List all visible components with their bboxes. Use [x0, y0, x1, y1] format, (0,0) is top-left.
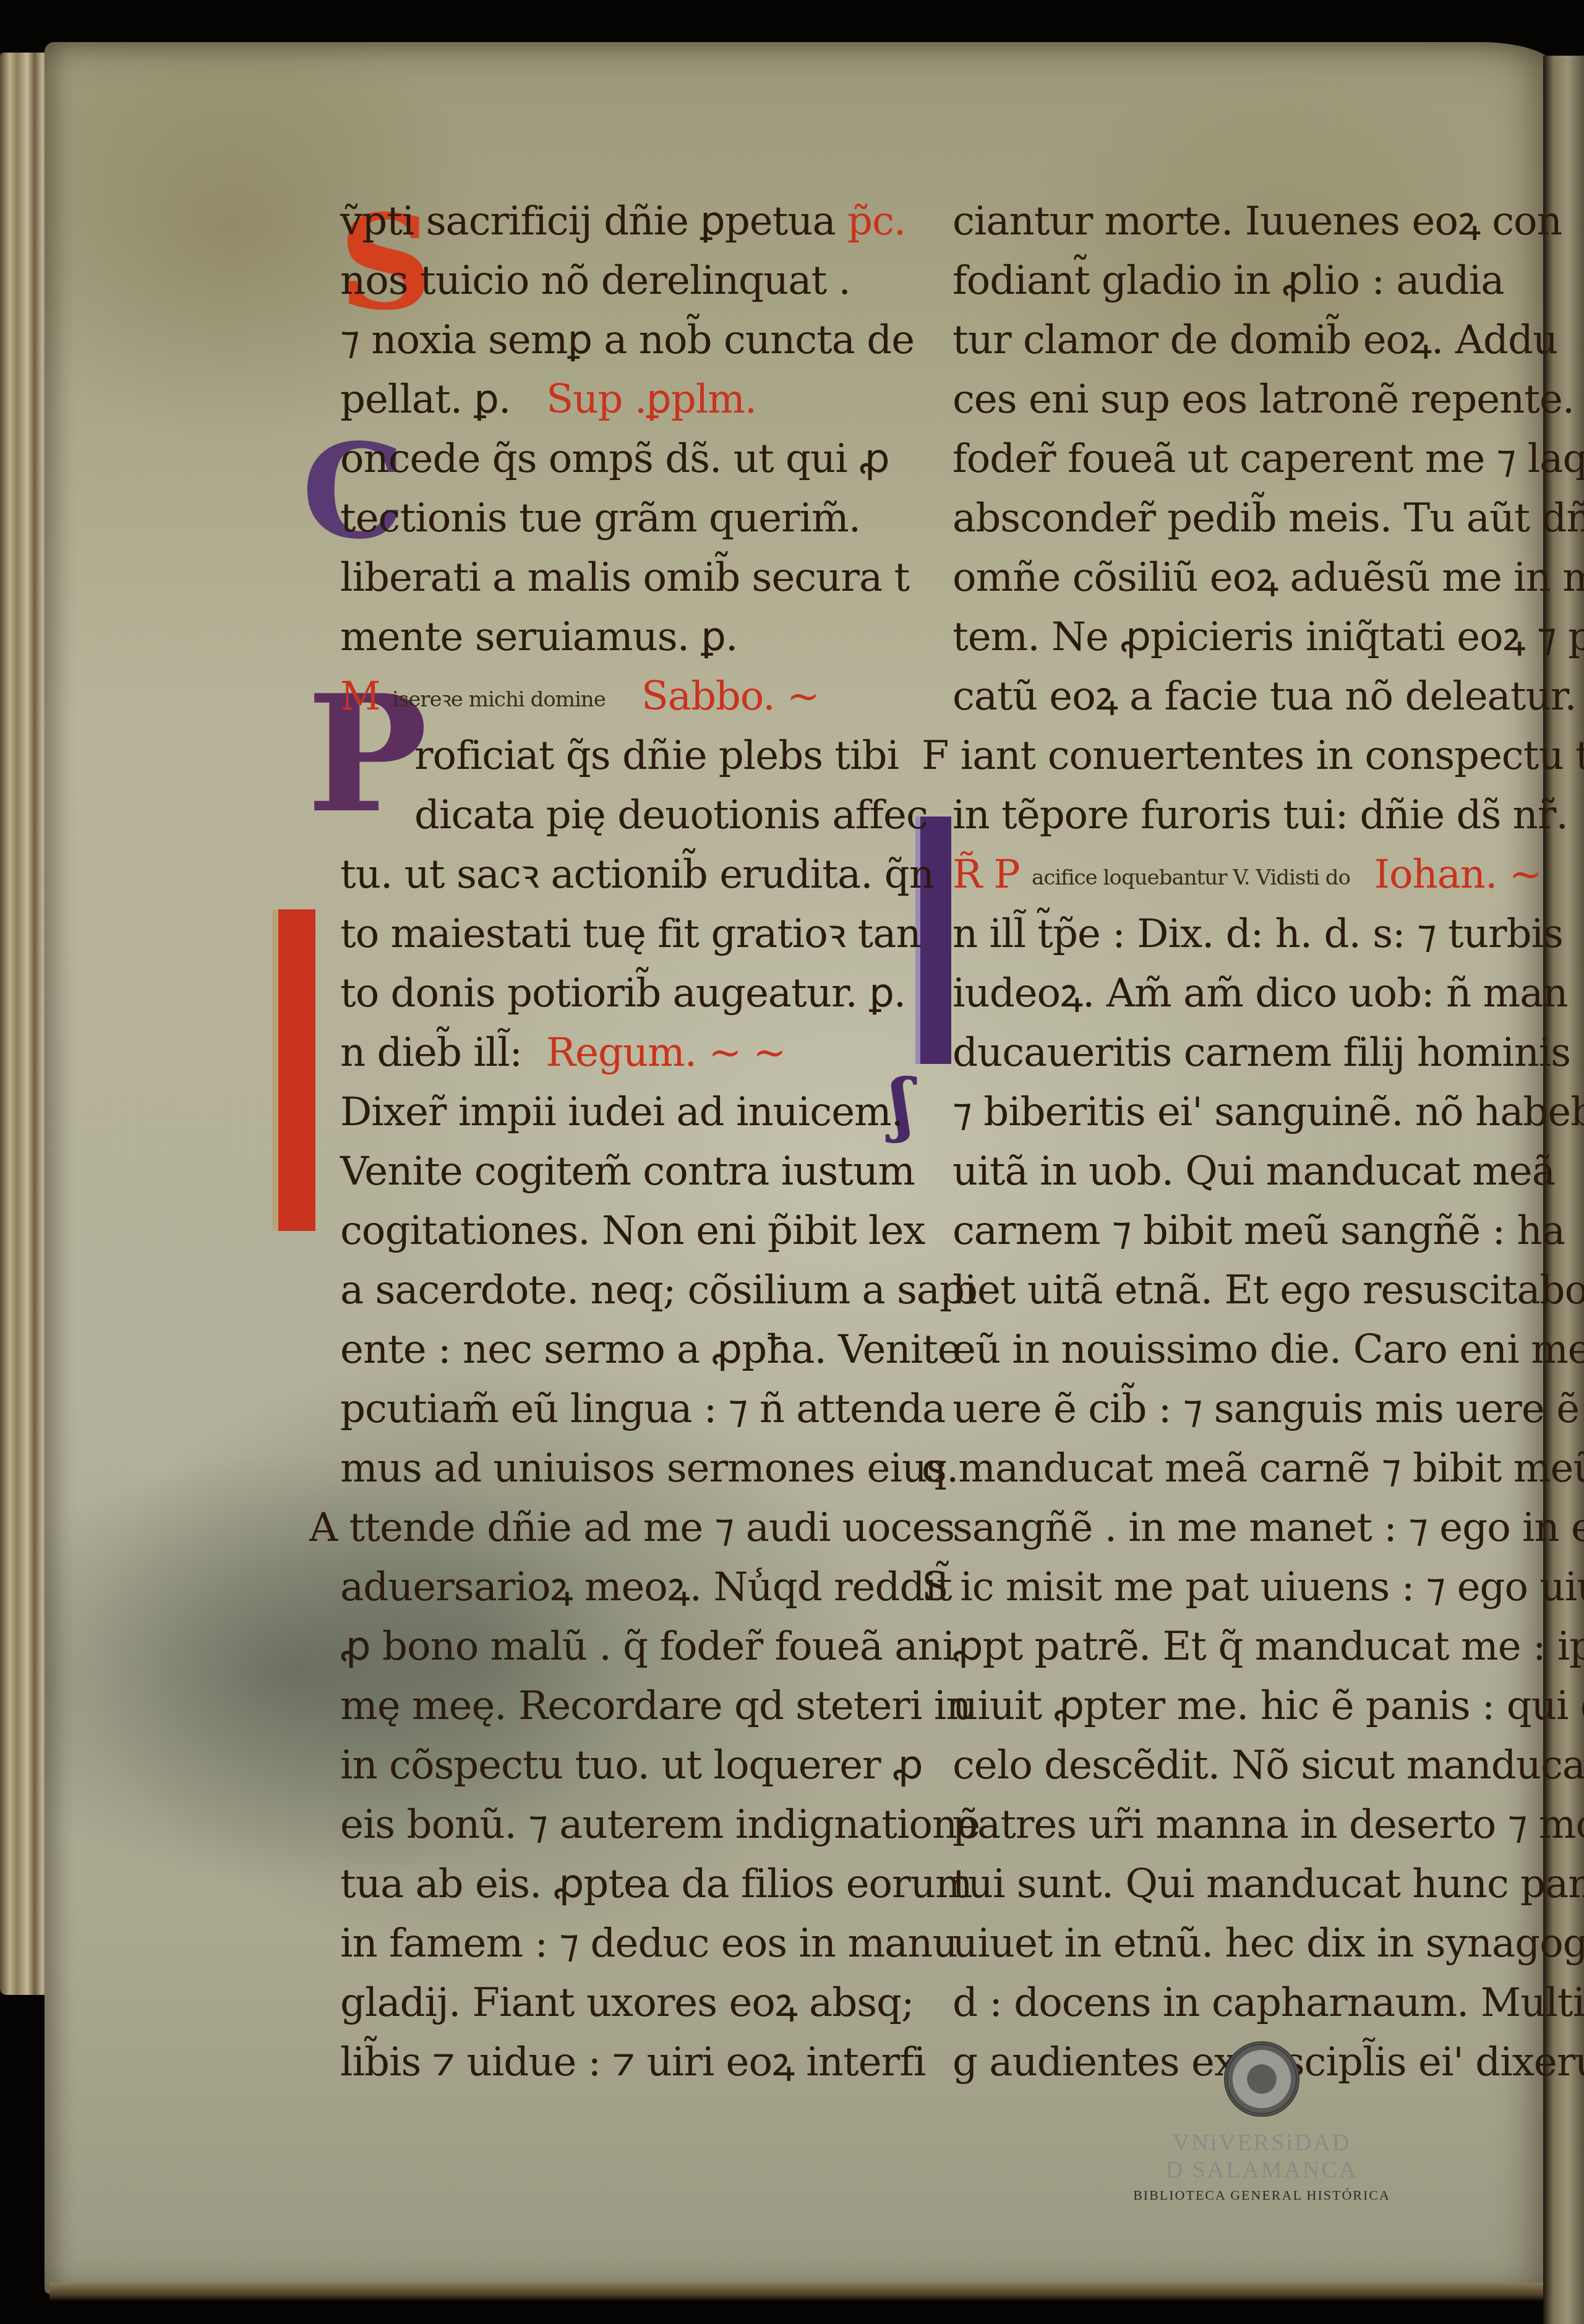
text-line: dicata pię deuotionis affec: [340, 786, 897, 845]
line-text: tur clamor de domib̃ eoꝝ. Addu: [953, 317, 1557, 363]
text-line: bet uitã etnã. Et ego resuscitabo: [953, 1261, 1509, 1320]
right-column: ciantur morte. Iuuenes eoꝝ con fodiant̃ …: [953, 192, 1509, 2092]
text-line: iudeoꝝ. Am̃ am̃ dico uob: ñ man: [953, 964, 1509, 1023]
line-text: ente : nec sermo a ꝓpħa. Venite: [340, 1327, 961, 1373]
line-text: uiuit ꝓpter me. hic ẽ panis : qui de: [953, 1683, 1584, 1729]
line-text: aduersarioꝝ meoꝝ. Nu̾qd reddit̃: [340, 1564, 952, 1610]
text-line: mus ad uniuisos sermones eius.: [340, 1439, 897, 1498]
text-line: aduersarioꝝ meoꝝ. Nu̾qd reddit̃: [340, 1558, 897, 1617]
library-watermark: VNiVERSiDAD D SALAMANCA BIBLIOTECA GENER…: [1107, 2041, 1416, 2203]
text-line: lib̃is ⁊ uidue : ⁊ uiri eoꝝ interfi: [340, 2033, 897, 2092]
text-line: tem. Ne ꝓpicieris iniq̃tati eoꝝ ⁊ pec: [953, 607, 1509, 667]
text-line: n ill̃ t̃p̃e : Dix. d: h. d. s: ⁊ turbis: [953, 904, 1509, 964]
line-text: sangñẽ . in me manet : ⁊ ego in eo.: [953, 1505, 1584, 1551]
line-text: oncede q̃s omps̃ ds̃. ut qui ꝓ: [340, 436, 889, 482]
text-line: omñe cõsiliũ eoꝝ aduẽsũ me in mor: [953, 548, 1509, 607]
line-text: eis bonũ. ⁊ auterem indignationẽ: [340, 1802, 980, 1848]
text-line: tu. ut sacꝛ actionib̃ erudita. q̃n: [340, 845, 897, 904]
line-text: a sacerdote. neq; cõsilium a sapi: [340, 1267, 976, 1313]
text-line: S ic misit me pat uiuens : ⁊ ego uiuo: [922, 1558, 1509, 1617]
line-text: ducaueritis carnem filij hominis :: [953, 1030, 1584, 1076]
line-text: gladij. Fiant uxores eoꝝ absq;: [340, 1980, 914, 2026]
line-text: uere ẽ cib̃ : ⁊ sanguis mis uere ẽ pot.: [953, 1386, 1584, 1432]
text-line: mente seruiamus. ꝑ.: [340, 607, 897, 667]
line-text: F iant conuertentes in conspectu tuo: [922, 733, 1584, 779]
watermark-salamanca: D SALAMANCA: [1107, 2156, 1416, 2184]
text-line: n dieb̃ ill̃: Regum. ~ ~: [340, 1023, 897, 1083]
text-line: A ttende dñie ad me ⁊ audi uoces: [309, 1498, 897, 1558]
text-line: Venite cogitem̃ contra iustum: [340, 1142, 897, 1201]
university-seal-icon: [1224, 2041, 1299, 2117]
line-text: foder̃ foueã ut caperent me ⁊ laqos: [953, 436, 1584, 482]
line-text: ꝓ bono malũ . q̃ foder̃ foueã ani: [340, 1624, 954, 1670]
line-text: tem. Ne ꝓpicieris iniq̃tati eoꝝ ⁊ pec: [953, 614, 1584, 660]
initial-i-red: [272, 909, 315, 1231]
text-line: ⁊ biberitis ei' sanguinẽ. nõ habebitis: [953, 1083, 1509, 1142]
line-text: eũ in nouissimo die. Caro eni mea: [953, 1327, 1584, 1373]
line-text: in famem : ⁊ deduc eos in manu: [340, 1921, 957, 1966]
text-line: ces eni sup eos latronẽ repente. q̃: [953, 370, 1509, 429]
text-line: fodiant̃ gladio in ꝓlio : audia: [953, 251, 1509, 311]
text-line: ꝓpt patrẽ. Et q̃ manducat me : ipse: [953, 1617, 1509, 1676]
line-text: celo descẽdit. Nõ sicut manducauer: [953, 1743, 1584, 1788]
text-line: uiuet in etnũ. hec dix in synagoga: [953, 1914, 1509, 1973]
line-text: omñe cõsiliũ eoꝝ aduẽsũ me in mor: [953, 555, 1584, 601]
line-text: bet uitã etnã. Et ego resuscitabo: [953, 1267, 1584, 1313]
line-text: tu. ut sacꝛ actionib̃ erudita. q̃n: [340, 852, 934, 898]
line-text: roficiat q̃s dñie plebs tibi: [414, 733, 899, 779]
text-line: patres ur̃i manna in deserto ⁊ mor: [953, 1795, 1509, 1854]
text-line: cogitationes. Non eni p̃ibit lex: [340, 1201, 897, 1261]
text-line: liberati a malis omib̃ secura t: [340, 548, 897, 607]
text-line: celo descẽdit. Nõ sicut manducauer: [953, 1736, 1509, 1795]
text-line: absconder̃ pedib̃ meis. Tu aũt dñie scis: [953, 489, 1509, 548]
text-line: eũ in nouissimo die. Caro eni mea: [953, 1320, 1509, 1379]
text-line: ṽpti sacrificij dñie ꝑpetua p̃c.: [340, 192, 897, 251]
text-line: F iant conuertentes in conspectu tuo: [922, 726, 1509, 786]
text-line: uitã in uob. Qui manducat meã: [953, 1142, 1509, 1201]
rubric-text: Iohan. ~: [1374, 852, 1542, 898]
line-text: to maiestati tuę fit gratioꝛ tan: [340, 911, 921, 957]
line-text: uitã in uob. Qui manducat meã: [953, 1149, 1555, 1194]
line-text: ciantur morte. Iuuenes eoꝝ con: [953, 199, 1562, 244]
line-text: pcutiam̃ eũ lingua : ⁊ ñ attenda: [340, 1386, 945, 1432]
text-line: pcutiam̃ eũ lingua : ⁊ ñ attenda: [340, 1379, 897, 1439]
text-line: tectionis tue grãm querim̃.: [340, 489, 897, 548]
text-line: uere ẽ cib̃ : ⁊ sanguis mis uere ẽ pot.: [953, 1379, 1509, 1439]
line-text: uiuet in etnũ. hec dix in synagoga: [953, 1921, 1584, 1966]
text-line: sangñẽ . in me manet : ⁊ ego in eo.: [953, 1498, 1509, 1558]
text-line: tua ab eis. ꝓptea da filios eorum: [340, 1854, 897, 1914]
rubric-initial: M: [340, 674, 380, 719]
watermark-library-name: BIBLIOTECA GENERAL HISTÓRICA: [1107, 2187, 1416, 2203]
line-text: pellat. ꝑ.: [340, 377, 510, 422]
line-text: to donis potiorib̃ augeatur. ꝑ.: [340, 971, 905, 1016]
line-text: mę meę. Recordare qd steteri in: [340, 1683, 970, 1729]
text-line-chant: R̃ P acifice loquebantur V. Vidisti do I…: [953, 845, 1509, 904]
line-text: liberati a malis omib̃ secura t: [340, 555, 909, 601]
text-line: ciantur morte. Iuuenes eoꝝ con: [953, 192, 1509, 251]
line-text: ces eni sup eos latronẽ repente. q̃: [953, 377, 1584, 422]
text-line: tui sunt. Qui manducat hunc panem: [953, 1854, 1509, 1914]
line-text: dicata pię deuotionis affec: [414, 792, 928, 838]
line-text: lib̃is ⁊ uidue : ⁊ uiri eoꝝ interfi: [340, 2039, 925, 2085]
text-line: mę meę. Recordare qd steteri in: [340, 1676, 897, 1736]
text-line: roficiat q̃s dñie plebs tibi: [340, 726, 897, 786]
line-text: nos tuicio nõ derelinquat .: [340, 258, 850, 304]
line-text: patres ur̃i manna in deserto ⁊ mor: [953, 1802, 1584, 1848]
line-text: carnem ⁊ bibit meũ sangñẽ : ha: [953, 1208, 1565, 1254]
line-text: cogitationes. Non eni p̃ibit lex: [340, 1208, 925, 1254]
line-text: A ttende dñie ad me ⁊ audi uoces: [309, 1505, 954, 1551]
line-text: ⁊ noxia semꝑ a nob̃ cuncta de: [340, 317, 914, 363]
text-line-chant: M isereꝛe michi domine Sabbo. ~: [340, 667, 897, 726]
text-line: d : docens in capharnaum. Multi: [953, 1973, 1509, 2033]
line-text: mus ad uniuisos sermones eius.: [340, 1446, 958, 1491]
line-text: tectionis tue grãm querim̃.: [340, 495, 860, 541]
page-stack-edges: [0, 53, 49, 1995]
line-text: ṽpti sacrificij dñie ꝑpetua: [340, 199, 836, 244]
watermark-university: VNiVERSiDAD: [1107, 2129, 1416, 2156]
text-line: pellat. ꝑ. Sup .ꝑplm.: [340, 370, 897, 429]
text-line: q manducat meã carnẽ ⁊ bibit meũ: [922, 1439, 1509, 1498]
line-text: ⁊ biberitis ei' sanguinẽ. nõ habebitis: [953, 1089, 1584, 1135]
text-line: uiuit ꝓpter me. hic ẽ panis : qui de: [953, 1676, 1509, 1736]
text-line: a sacerdote. neq; cõsilium a sapi: [340, 1261, 897, 1320]
line-text: tui sunt. Qui manducat hunc panem: [953, 1861, 1584, 1907]
line-text: in cõspectu tuo. ut loquerer ꝓ: [340, 1743, 923, 1788]
text-line: carnem ⁊ bibit meũ sangñẽ : ha: [953, 1201, 1509, 1261]
text-line: nos tuicio nõ derelinquat .: [340, 251, 897, 311]
rubric-text: Regum. ~ ~: [546, 1030, 786, 1076]
text-line: ente : nec sermo a ꝓpħa. Venite: [340, 1320, 897, 1379]
line-text: fodiant̃ gladio in ꝓlio : audia: [953, 258, 1504, 304]
line-text: catũ eoꝝ a facie tua nõ deleatur.: [953, 674, 1577, 719]
text-line: foder̃ foueã ut caperent me ⁊ laqos: [953, 429, 1509, 489]
line-text: ꝓpt patrẽ. Et q̃ manducat me : ipse: [953, 1624, 1584, 1670]
text-line: eis bonũ. ⁊ auterem indignationẽ: [340, 1795, 897, 1854]
text-line: ⁊ noxia semꝑ a nob̃ cuncta de: [340, 311, 897, 370]
line-text: q manducat meã carnẽ ⁊ bibit meũ: [922, 1446, 1584, 1491]
text-line: in cõspectu tuo. ut loquerer ꝓ: [340, 1736, 897, 1795]
text-line: in famem : ⁊ deduc eos in manu: [340, 1914, 897, 1973]
line-text: Venite cogitem̃ contra iustum: [340, 1149, 915, 1194]
rubric-text: p̃c.: [847, 199, 905, 244]
line-text: absconder̃ pedib̃ meis. Tu aũt dñie scis: [953, 495, 1584, 541]
chant-text: isereꝛe michi domine: [392, 687, 606, 712]
text-line: to donis potiorib̃ augeatur. ꝑ.: [340, 964, 897, 1023]
rubric-text: Sup .ꝑplm.: [546, 377, 756, 422]
text-line: gladij. Fiant uxores eoꝝ absq;: [340, 1973, 897, 2033]
text-line: to maiestati tuę fit gratioꝛ tan: [340, 904, 897, 964]
chant-text: acifice loquebantur V. Vidisti do: [1032, 865, 1350, 890]
rubric-initial: R̃ P: [953, 852, 1020, 898]
text-line: oncede q̃s omps̃ ds̃. ut qui ꝓ: [340, 429, 897, 489]
line-text: n dieb̃ ill̃:: [340, 1030, 522, 1076]
line-text: n ill̃ t̃p̃e : Dix. d: h. d. s: ⁊ turbis: [953, 911, 1563, 957]
line-text: iudeoꝝ. Am̃ am̃ dico uob: ñ man: [953, 971, 1568, 1016]
left-column: ṽpti sacrificij dñie ꝑpetua p̃c. nos tui…: [340, 192, 897, 2092]
line-text: tua ab eis. ꝓptea da filios eorum: [340, 1861, 972, 1907]
line-text: S ic misit me pat uiuens : ⁊ ego uiuo: [922, 1564, 1584, 1610]
page-bottom-edge: [49, 2283, 1559, 2301]
text-line: Dixer̃ impii iudei ad inuicem.: [340, 1083, 897, 1142]
text-line: tur clamor de domib̃ eoꝝ. Addu: [953, 311, 1509, 370]
text-line: ducaueritis carnem filij hominis :: [953, 1023, 1509, 1083]
line-text: in tẽpore furoris tui: dñie ds̃ nr̃.: [953, 792, 1568, 838]
text-line: in tẽpore furoris tui: dñie ds̃ nr̃.: [953, 786, 1509, 845]
line-text: d : docens in capharnaum. Multi: [953, 1980, 1584, 2026]
line-text: mente seruiamus. ꝑ.: [340, 614, 737, 660]
line-text: Dixer̃ impii iudei ad inuicem.: [340, 1089, 903, 1135]
text-line: catũ eoꝝ a facie tua nõ deleatur.: [953, 667, 1509, 726]
text-line: ꝓ bono malũ . q̃ foder̃ foueã ani: [340, 1617, 897, 1676]
rubric-text: Sabbo. ~: [641, 674, 820, 719]
